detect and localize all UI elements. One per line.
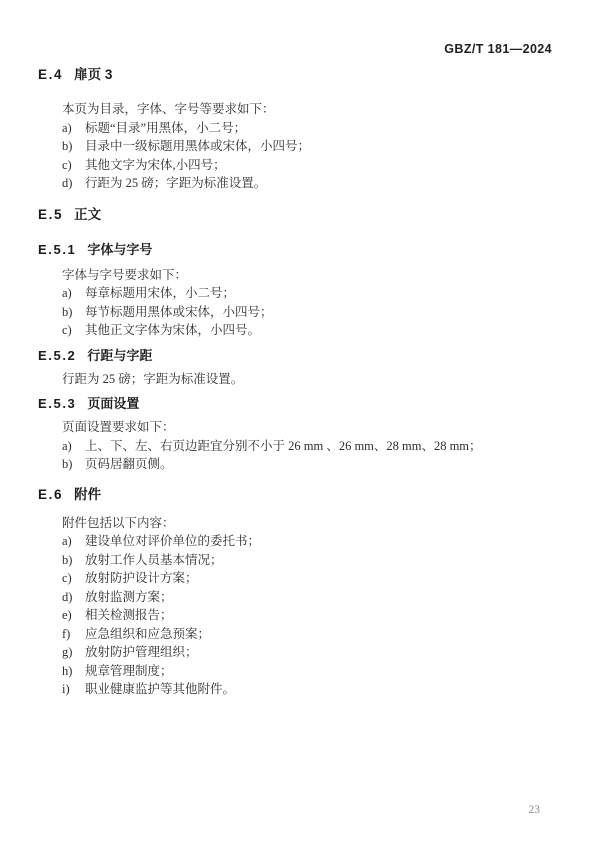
item-text: 标题“目录”用黑体，小二号；: [85, 119, 570, 138]
item-marker: a): [62, 437, 85, 456]
section-heading-e52: E.5.2行距与字距: [38, 348, 600, 363]
page-number: 23: [529, 804, 541, 816]
section-heading-e53: E.5.3页面设置: [38, 396, 600, 411]
section-number: E.6: [38, 487, 63, 502]
page-content: E.4扉页 3 本页为目录，字体、字号等要求如下： a) 标题“目录”用黑体，小…: [0, 0, 600, 699]
section-title: 正文: [74, 207, 101, 222]
section-title: 字体与字号: [87, 242, 152, 257]
item-text: 每节标题用黑体或宋体，小四号；: [85, 303, 570, 322]
section-title: 附件: [74, 487, 101, 502]
item-marker: f): [62, 625, 85, 644]
item-text: 放射防护管理组织；: [85, 643, 570, 662]
item-marker: a): [62, 532, 85, 551]
item-marker: i): [62, 680, 85, 699]
section-number: E.4: [38, 67, 63, 82]
list-item: a) 建设单位对评价单位的委托书；: [62, 532, 570, 551]
item-text: 放射工作人员基本情况；: [85, 551, 570, 570]
item-text: 放射监测方案；: [85, 588, 570, 607]
list-item: a) 上、下、左、右页边距宜分别不小于 26 mm 、26 mm、28 mm、2…: [62, 437, 570, 456]
section-heading-e5: E.5正文: [38, 207, 600, 222]
section-number: E.5.3: [38, 396, 76, 411]
item-text: 职业健康监护等其他附件。: [85, 680, 570, 699]
item-text: 上、下、左、右页边距宜分别不小于 26 mm 、26 mm、28 mm、28 m…: [85, 437, 570, 456]
document-page: GBZ/T 181—2024 E.4扉页 3 本页为目录，字体、字号等要求如下：…: [0, 0, 600, 843]
item-marker: b): [62, 455, 85, 474]
item-marker: c): [62, 569, 85, 588]
item-marker: h): [62, 662, 85, 681]
list-item: h) 规章管理制度；: [62, 662, 570, 681]
section-title: 扉页 3: [74, 67, 112, 82]
item-text: 行距为 25 磅；字距为标准设置。: [85, 174, 570, 193]
paragraph-e6-intro: 附件包括以下内容：: [62, 514, 560, 533]
list-item: b) 目录中一级标题用黑体或宋体，小四号；: [62, 137, 570, 156]
section-heading-e4: E.4扉页 3: [38, 67, 600, 82]
paragraph-e53-intro: 页面设置要求如下：: [62, 418, 560, 437]
item-marker: b): [62, 303, 85, 322]
item-text: 页码居翻页侧。: [85, 455, 570, 474]
list-item: e) 相关检测报告；: [62, 606, 570, 625]
item-marker: c): [62, 321, 85, 340]
item-text: 相关检测报告；: [85, 606, 570, 625]
item-marker: e): [62, 606, 85, 625]
list-item: b) 每节标题用黑体或宋体，小四号；: [62, 303, 570, 322]
section-title: 行距与字距: [87, 348, 152, 363]
list-item: b) 页码居翻页侧。: [62, 455, 570, 474]
lettered-list-e4: a) 标题“目录”用黑体，小二号； b) 目录中一级标题用黑体或宋体，小四号； …: [62, 119, 570, 193]
item-text: 其他文字为宋体,小四号；: [85, 156, 570, 175]
lettered-list-e53: a) 上、下、左、右页边距宜分别不小于 26 mm 、26 mm、28 mm、2…: [62, 437, 570, 474]
item-marker: d): [62, 588, 85, 607]
item-marker: b): [62, 551, 85, 570]
paragraph-e52-body: 行距为 25 磅；字距为标准设置。: [62, 370, 560, 389]
item-marker: b): [62, 137, 85, 156]
list-item: a) 标题“目录”用黑体，小二号；: [62, 119, 570, 138]
item-text: 建设单位对评价单位的委托书；: [85, 532, 570, 551]
list-item: d) 放射监测方案；: [62, 588, 570, 607]
section-number: E.5.1: [38, 242, 76, 257]
lettered-list-e6: a) 建设单位对评价单位的委托书； b) 放射工作人员基本情况； c) 放射防护…: [62, 532, 570, 699]
list-item: i) 职业健康监护等其他附件。: [62, 680, 570, 699]
list-item: d) 行距为 25 磅；字距为标准设置。: [62, 174, 570, 193]
list-item: g) 放射防护管理组织；: [62, 643, 570, 662]
item-text: 放射防护设计方案；: [85, 569, 570, 588]
item-text: 目录中一级标题用黑体或宋体，小四号；: [85, 137, 570, 156]
item-marker: d): [62, 174, 85, 193]
section-number: E.5.2: [38, 348, 76, 363]
list-item: b) 放射工作人员基本情况；: [62, 551, 570, 570]
lettered-list-e51: a) 每章标题用宋体，小二号； b) 每节标题用黑体或宋体，小四号； c) 其他…: [62, 284, 570, 340]
section-heading-e51: E.5.1字体与字号: [38, 242, 600, 257]
list-item: f) 应急组织和应急预案；: [62, 625, 570, 644]
list-item: c) 放射防护设计方案；: [62, 569, 570, 588]
item-text: 其他正文字体为宋体，小四号。: [85, 321, 570, 340]
section-number: E.5: [38, 207, 63, 222]
item-marker: c): [62, 156, 85, 175]
item-text: 每章标题用宋体，小二号；: [85, 284, 570, 303]
item-text: 应急组织和应急预案；: [85, 625, 570, 644]
item-text: 规章管理制度；: [85, 662, 570, 681]
section-title: 页面设置: [87, 396, 139, 411]
list-item: c) 其他文字为宋体,小四号；: [62, 156, 570, 175]
item-marker: a): [62, 284, 85, 303]
paragraph-e4-intro: 本页为目录，字体、字号等要求如下：: [62, 100, 560, 119]
list-item: c) 其他正文字体为宋体，小四号。: [62, 321, 570, 340]
item-marker: a): [62, 119, 85, 138]
list-item: a) 每章标题用宋体，小二号；: [62, 284, 570, 303]
paragraph-e51-intro: 字体与字号要求如下：: [62, 266, 560, 285]
item-marker: g): [62, 643, 85, 662]
section-heading-e6: E.6附件: [38, 487, 600, 502]
